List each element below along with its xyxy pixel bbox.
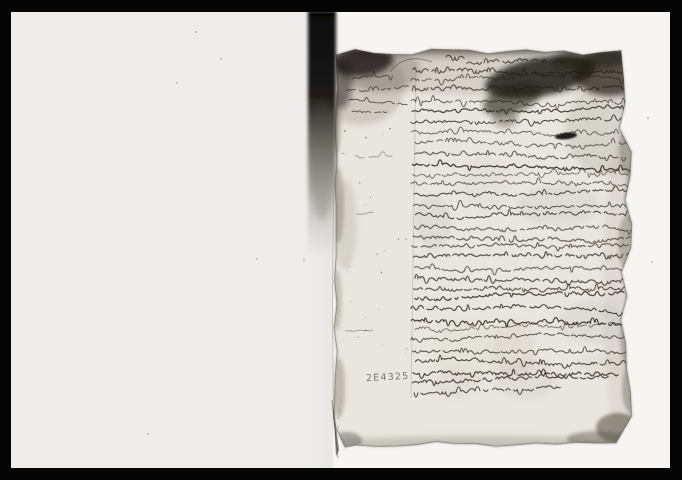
left-blank-page [11,12,333,468]
scan-canvas: 2E4325 [0,0,682,480]
scan-mat [333,12,670,468]
archival-number-label: 2E4325 [366,371,410,384]
